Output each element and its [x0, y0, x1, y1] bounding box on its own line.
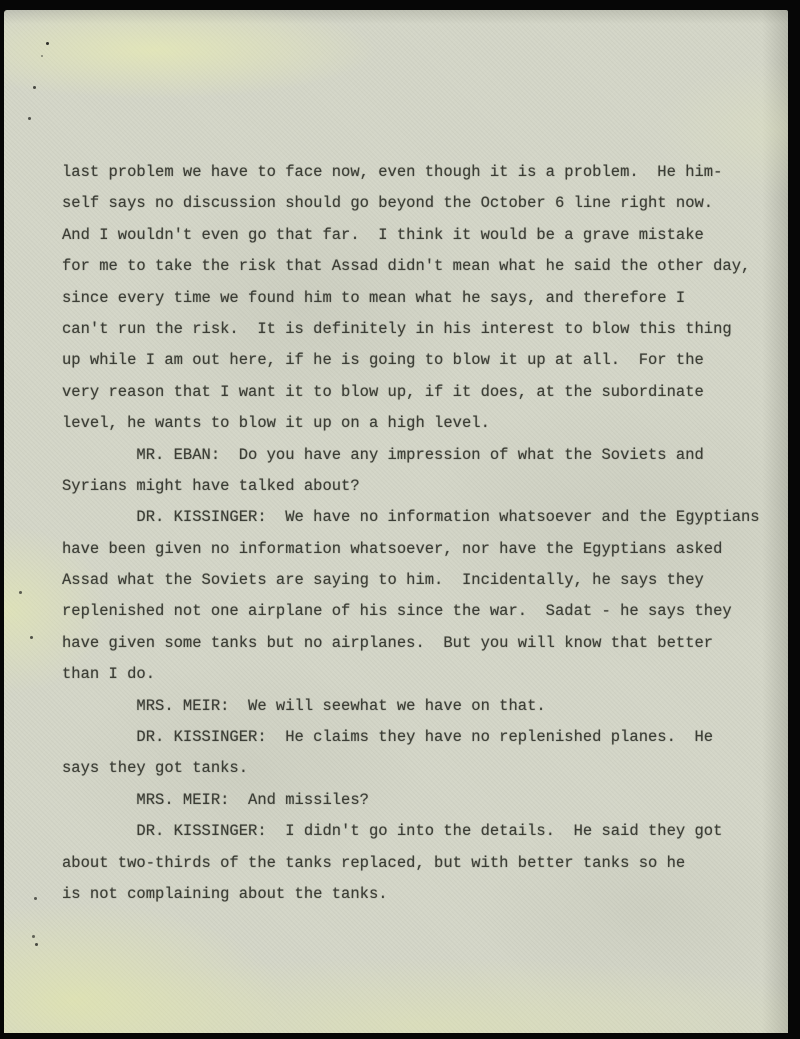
scanned-document: last problem we have to face now, even t…	[0, 0, 800, 1039]
transcript-line: self says no discussion should go beyond…	[62, 188, 774, 219]
transcript-line: about two-thirds of the tanks replaced, …	[62, 848, 774, 879]
transcript-line: last problem we have to face now, even t…	[62, 157, 774, 188]
transcript-line: can't run the risk. It is definitely in …	[62, 314, 774, 345]
transcript-line: MRS. MEIR: And missiles?	[62, 785, 774, 816]
document-page: last problem we have to face now, even t…	[4, 10, 788, 1033]
speck-icon	[41, 55, 43, 57]
transcript-line: And I wouldn't even go that far. I think…	[62, 220, 774, 251]
transcript-line: level, he wants to blow it up on a high …	[62, 408, 774, 439]
transcript-line: says they got tanks.	[62, 753, 774, 784]
speck-icon	[33, 86, 36, 89]
speck-icon	[28, 117, 31, 120]
transcript-line: Assad what the Soviets are saying to him…	[62, 565, 774, 596]
transcript-line: DR. KISSINGER: He claims they have no re…	[62, 722, 774, 753]
transcript-text-block: last problem we have to face now, even t…	[62, 157, 774, 910]
speck-icon	[46, 42, 49, 45]
transcript-line: DR. KISSINGER: I didn't go into the deta…	[62, 816, 774, 847]
transcript-line: very reason that I want it to blow up, i…	[62, 377, 774, 408]
transcript-line: up while I am out here, if he is going t…	[62, 345, 774, 376]
speck-icon	[19, 591, 22, 594]
transcript-line: MRS. MEIR: We will seewhat we have on th…	[62, 691, 774, 722]
speck-icon	[32, 935, 35, 938]
speck-icon	[34, 897, 37, 900]
transcript-line: is not complaining about the tanks.	[62, 879, 774, 910]
transcript-line: since every time we found him to mean wh…	[62, 283, 774, 314]
transcript-line: MR. EBAN: Do you have any impression of …	[62, 440, 774, 471]
transcript-line: for me to take the risk that Assad didn'…	[62, 251, 774, 282]
transcript-line: DR. KISSINGER: We have no information wh…	[62, 502, 774, 533]
transcript-line: than I do.	[62, 659, 774, 690]
speck-icon	[30, 636, 33, 639]
transcript-line: have been given no information whatsoeve…	[62, 534, 774, 565]
transcript-line: have given some tanks but no airplanes. …	[62, 628, 774, 659]
transcript-line: replenished not one airplane of his sinc…	[62, 596, 774, 627]
transcript-line: Syrians might have talked about?	[62, 471, 774, 502]
speck-icon	[35, 943, 38, 946]
